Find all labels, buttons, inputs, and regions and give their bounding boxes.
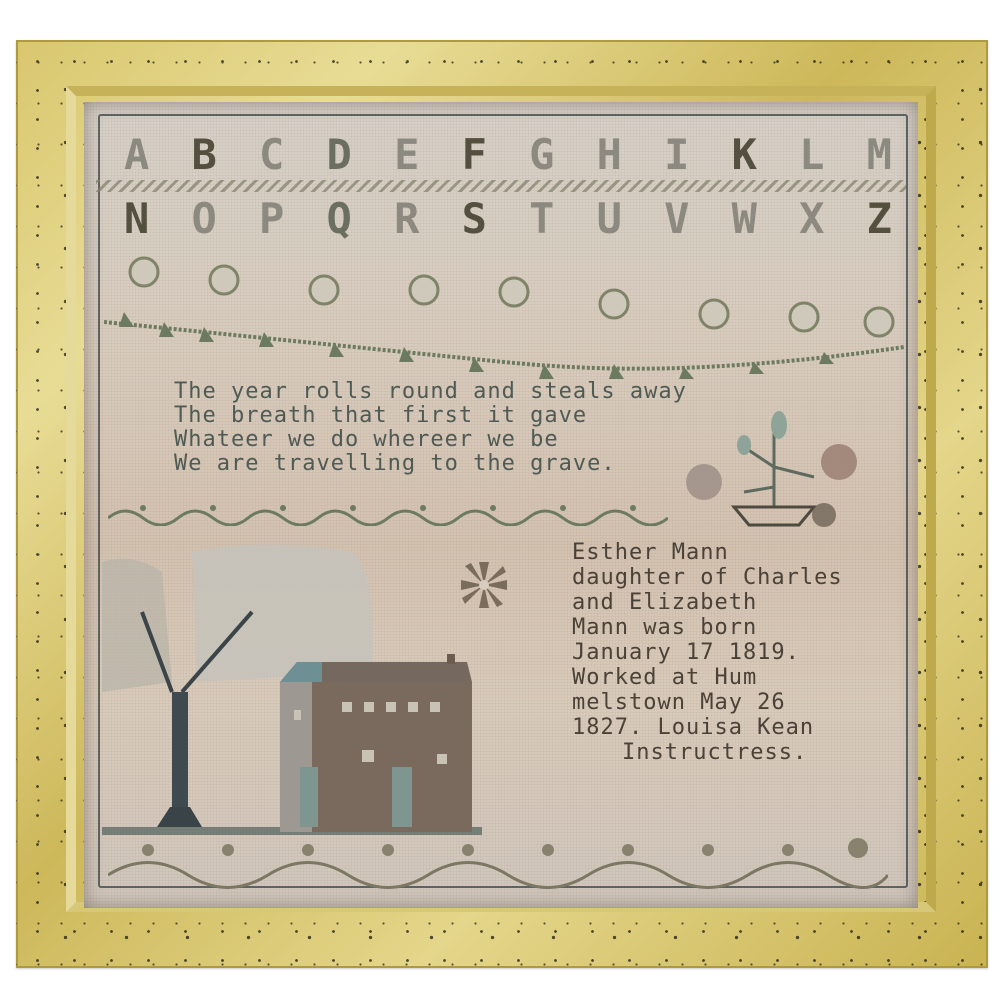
inscription-line: January 17 1819. [572,640,843,665]
letter: N [124,194,151,243]
wave-border [108,500,668,526]
letter: A [124,130,151,179]
letter: O [192,194,219,243]
verse-line: The breath that first it gave [174,404,687,428]
letter: U [597,194,624,243]
sampler-linen: A B C D E F G H I K L M N O P Q R S T U … [84,102,918,908]
letter: G [529,130,556,179]
alphabet-row-1: A B C D E F G H I K L M [124,130,894,179]
letter: B [192,130,219,179]
letter: Q [327,194,354,243]
letter: M [867,130,894,179]
inscription-line: Worked at Hum [572,665,843,690]
letter: I [664,130,691,179]
letter: H [597,130,624,179]
letter: C [259,130,286,179]
inscription-line: Instructress. [572,740,843,765]
zigzag-divider [96,180,906,192]
letter: X [799,194,826,243]
verse-line: The year rolls round and steals away [174,380,687,404]
verse: The year rolls round and steals away The… [174,380,687,476]
letter: V [664,194,691,243]
alphabet-row-2: N O P Q R S T U V W X Z [124,194,894,243]
potted-flower-motif [684,407,864,527]
letter: W [732,194,759,243]
inscription-line: and Elizabeth [572,590,843,615]
letter: T [529,194,556,243]
letter: E [394,130,421,179]
letter: L [799,130,826,179]
verse-line: Whateer we do whereer we be [174,428,687,452]
inscription-line: Esther Mann [572,540,843,565]
letter: R [394,194,421,243]
floral-bottom-border [108,830,888,890]
strawberry-vine-border [104,252,904,382]
inscription-line: 1827. Louisa Kean [572,715,843,740]
letter: P [259,194,286,243]
inscription-line: Mann was born [572,615,843,640]
letter: K [732,130,759,179]
house-and-willow-scene [102,542,502,842]
verse-line: We are travelling to the grave. [174,452,687,476]
inscription-line: melstown May 26 [572,690,843,715]
inscription: Esther Mann daughter of Charles and Eliz… [572,540,843,765]
letter: F [462,130,489,179]
letter: S [462,194,489,243]
letter: Z [867,194,894,243]
inscription-line: daughter of Charles [572,565,843,590]
letter: D [327,130,354,179]
